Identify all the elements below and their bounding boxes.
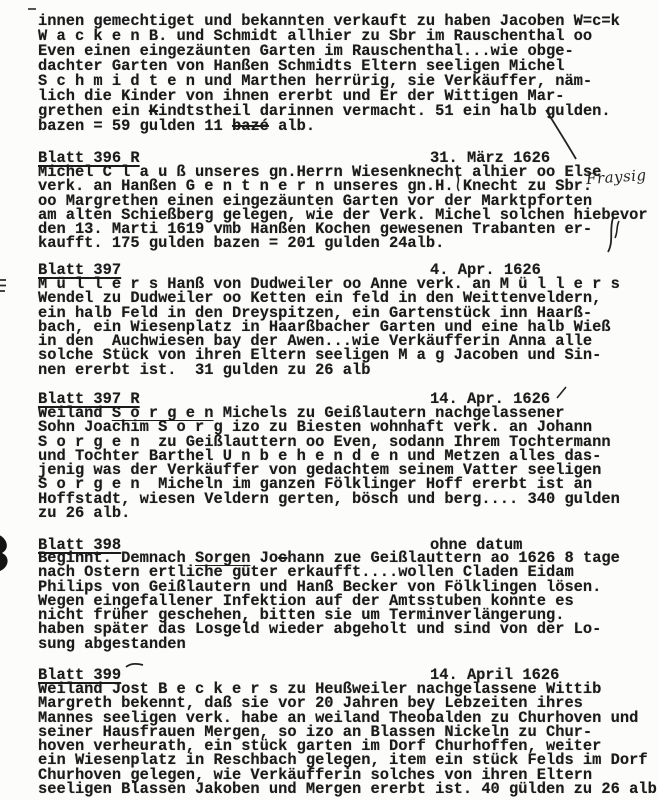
text-line: sung abgestanden bbox=[38, 637, 658, 651]
text-line: nen ererbt ist. 31 gulden zu 26 alb bbox=[38, 363, 658, 377]
scanned-document-page: innen gemechtiget und bekannten verkauft… bbox=[0, 0, 659, 800]
section-paragraph-blatt-398: Beginnt. Demnach Sorgen Jochann zue Geiß… bbox=[38, 551, 658, 651]
text-line: seeligen Blassen Jakoben und Mergen erer… bbox=[38, 782, 658, 796]
section-paragraph-blatt-397-r: Weiland S o r g e n Michels zu Geißlaute… bbox=[38, 406, 658, 520]
section-paragraph-blatt-397: M ü l l e r s Hanß von Dudweiler oo Anne… bbox=[38, 277, 658, 377]
ink-blot bbox=[0, 534, 8, 572]
text-line: kaufft. 175 gulden bazen = 201 gulden 24… bbox=[38, 236, 658, 250]
text-line: zu 26 alb. bbox=[38, 506, 658, 520]
margin-bracket-mark bbox=[0, 280, 6, 291]
section-paragraph-blatt-399: Weiland Jost B e c k e r s zu Heußweiler… bbox=[38, 682, 658, 796]
text-line: Hoffstadt, wiesen Veldern gerten, bösch … bbox=[38, 492, 658, 506]
section-paragraph-continuation-paragraph: innen gemechtiget und bekannten verkauft… bbox=[38, 14, 658, 134]
text-line: bazen = 59 gulden 11 bazé alb. bbox=[38, 119, 658, 134]
section-paragraph-blatt-396-r: Michel C l a u ß unseres gn.Herrn Wiesen… bbox=[38, 165, 658, 251]
